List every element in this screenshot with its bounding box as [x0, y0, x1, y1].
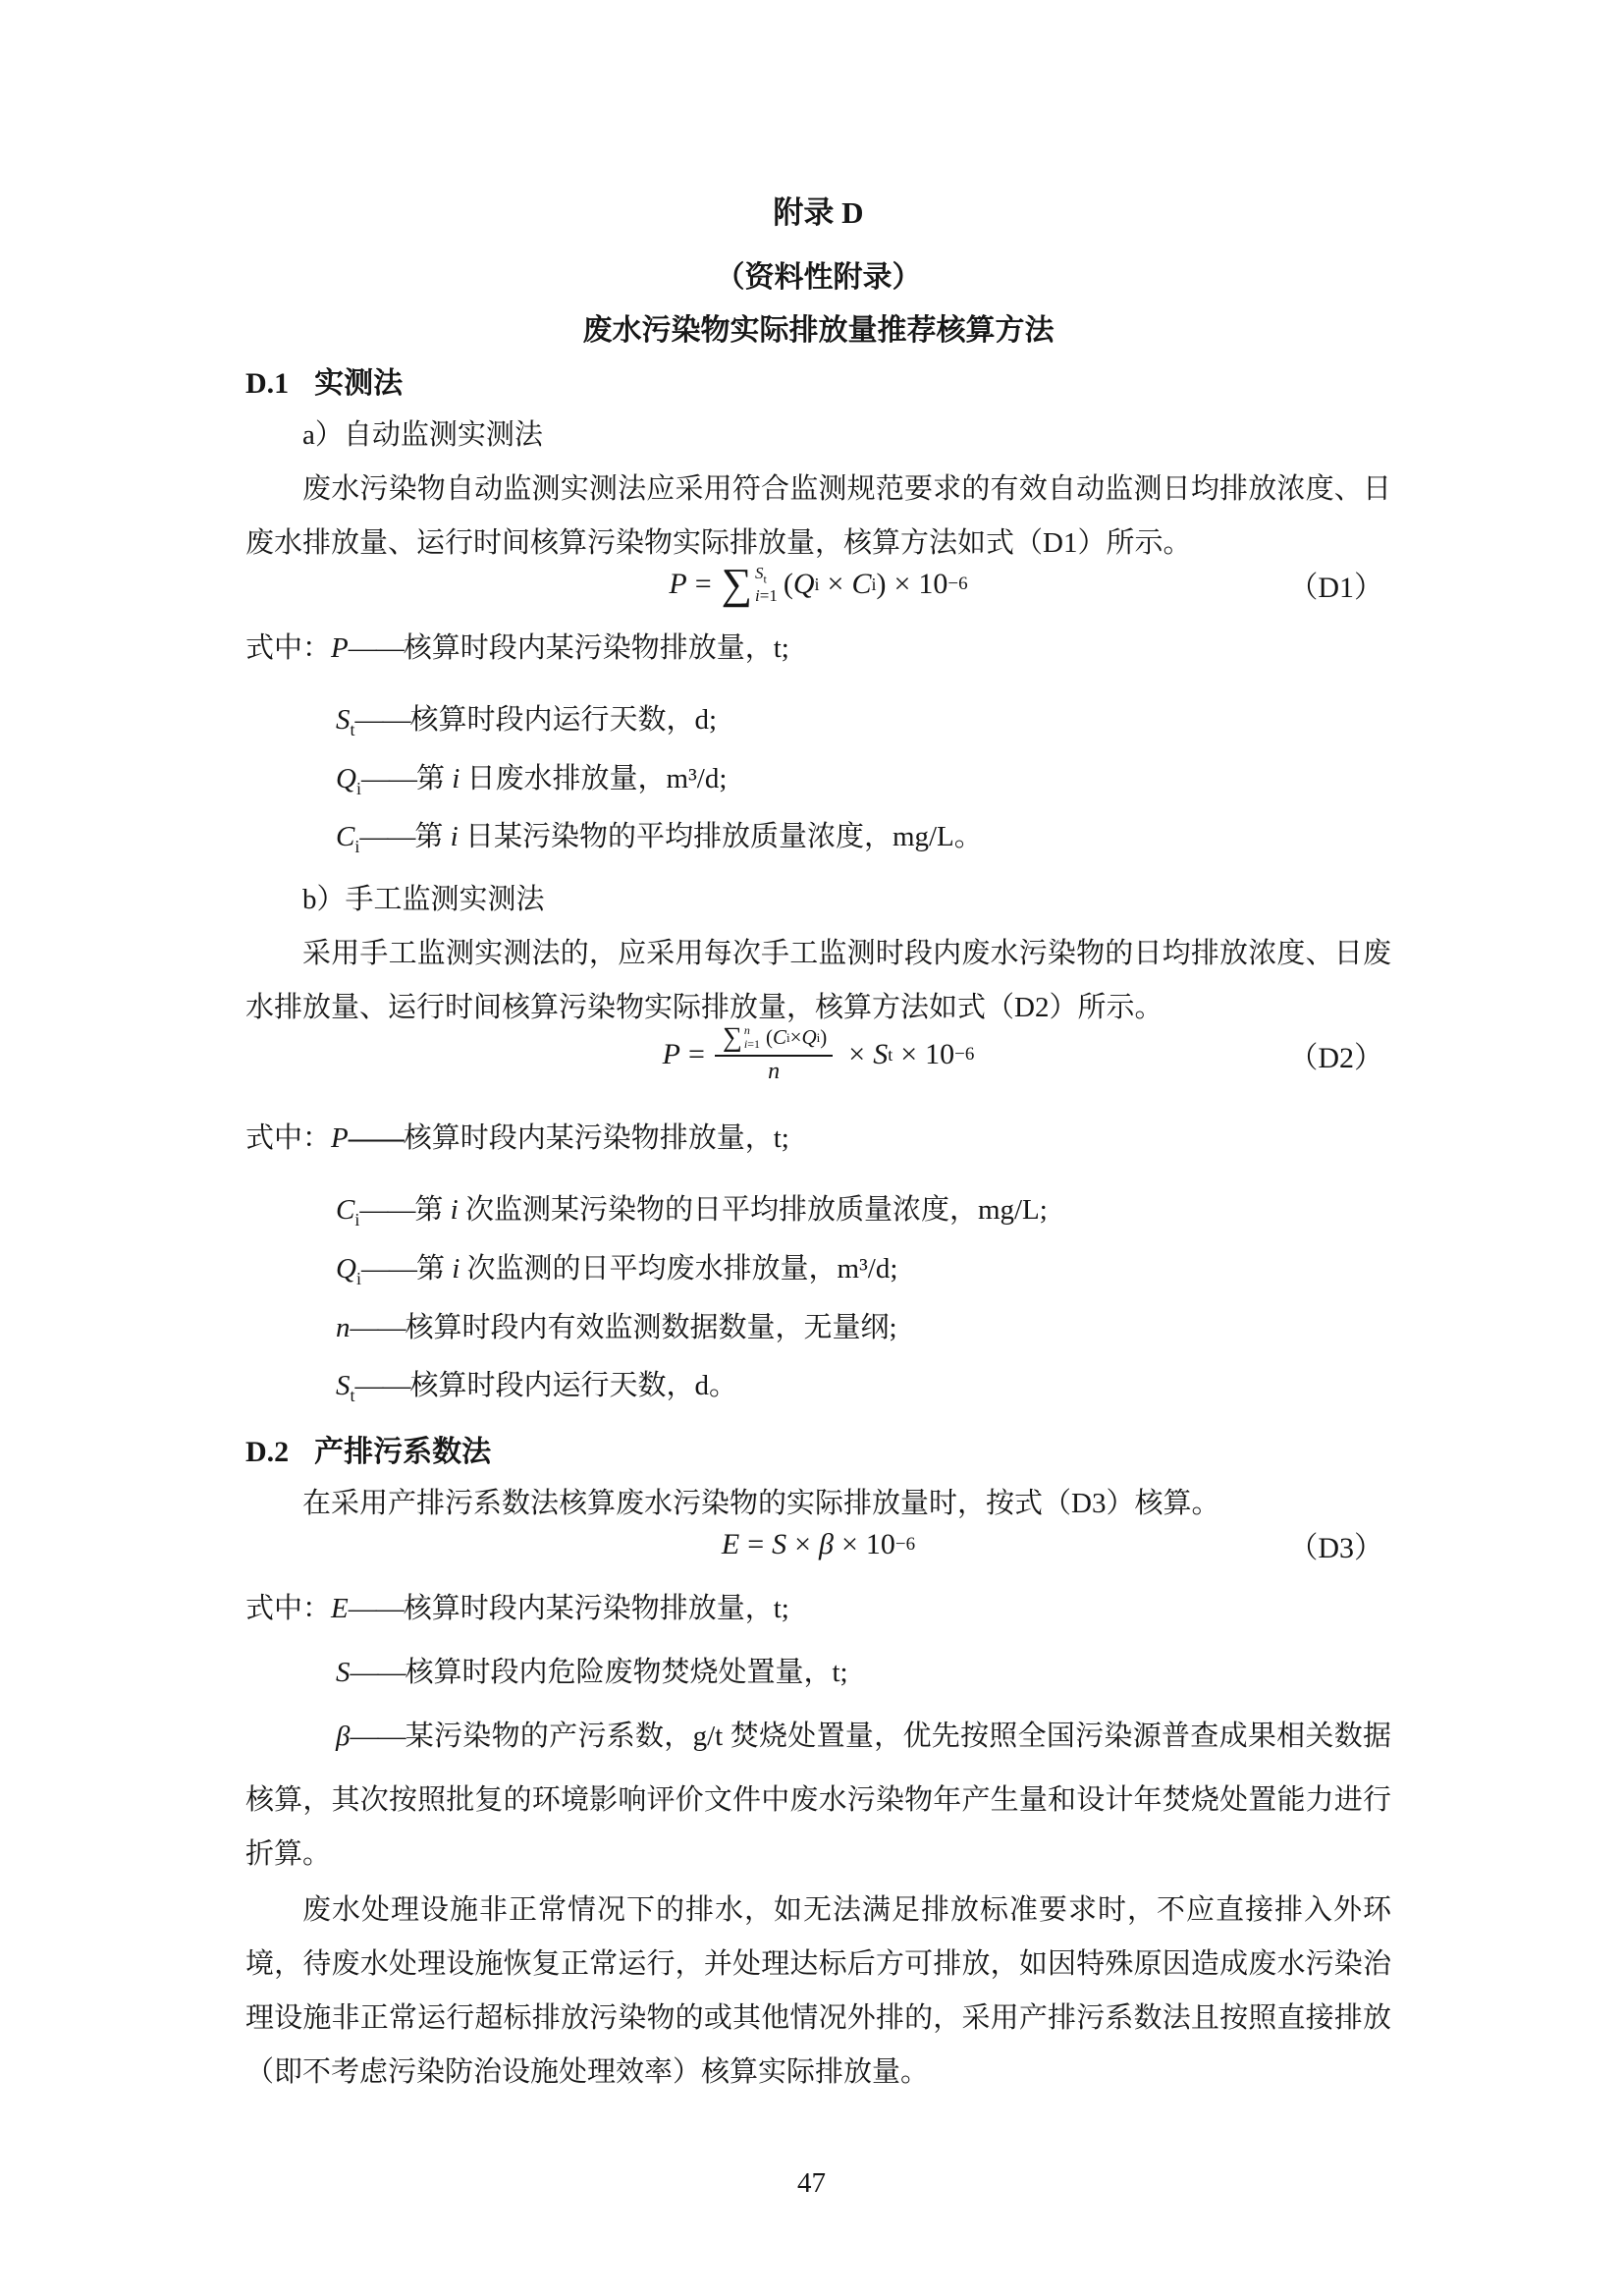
fraction: ∑ n i=1 (Ci×Qi) n	[715, 1024, 833, 1086]
summation-symbol: ∑ St i=1	[722, 563, 778, 606]
document-page: 附录 D （资料性附录） 废水污染物实际排放量推荐核算方法 D.1实测法 a）自…	[0, 0, 1623, 2296]
section-d2-title: 产排污系数法	[314, 1436, 491, 1468]
definition-line: St——核算时段内运行天数，d;	[245, 695, 1391, 754]
formula-d1-label: （D1）	[1288, 563, 1383, 606]
definition-line: Qi——第 i 日废水排放量，m³/d;	[245, 754, 1391, 813]
definition-line: St——核算时段内运行天数，d。	[245, 1361, 1391, 1420]
section-d1-number: D.1	[245, 367, 289, 400]
where-label: 式中：	[245, 632, 331, 664]
appendix-title: 废水污染物实际排放量推荐核算方法	[245, 306, 1391, 355]
formula-d2: P = ∑ n i=1 (Ci×Qi) n × St × 10−	[245, 1006, 1391, 1104]
list-item-a: a）自动监测实测法	[245, 409, 1391, 463]
section-d1-title: 实测法	[314, 367, 403, 400]
paragraph-abnormal-discharge: 废水处理设施非正常情况下的排水，如无法满足排放标准要求时，不应直接排入外环境，待…	[245, 1884, 1391, 2100]
where-clause-d1: 式中：P——核算时段内某污染物排放量，t;	[245, 622, 1391, 685]
appendix-note: （资料性附录）	[245, 253, 1391, 302]
formula-d1-equation: P = ∑ St i=1 (Qi × Ci) × 10−6	[669, 563, 967, 606]
definition-line: Ci——第 i 次监测某污染物的日平均排放质量浓度，mg/L;	[245, 1185, 1391, 1244]
where-label: 式中：	[245, 1593, 331, 1624]
list-item-b: b）手工监测实测法	[245, 873, 1391, 927]
definition-line: Qi——第 i 次监测的日平均废水排放量，m³/d;	[245, 1244, 1391, 1303]
where-clause-d3: 式中：E——核算时段内某污染物排放量，t;	[245, 1582, 1391, 1646]
summation-symbol: ∑ n i=1	[723, 1024, 760, 1052]
where-label: 式中：	[245, 1122, 331, 1154]
definition-line: Ci——第 i 日某污染物的平均排放质量浓度，mg/L。	[245, 812, 1391, 871]
section-d1-heading: D.1实测法	[245, 359, 1391, 409]
definition-line-beta: β——某污染物的产污系数，g/t 焚烧处置量，优先按照全国污染源普查成果相关数据…	[245, 1710, 1391, 1882]
section-d2-number: D.2	[245, 1436, 289, 1468]
definition-line: S——核算时段内危险废物焚烧处置量，t;	[245, 1646, 1391, 1710]
appendix-heading: 附录 D	[245, 189, 1391, 238]
where-clause-d2: 式中：P——核算时段内某污染物排放量，t;	[245, 1112, 1391, 1175]
formula-d1: P = ∑ St i=1 (Qi × Ci) × 10−6 （D1）	[245, 555, 1391, 614]
page-number: 47	[0, 2159, 1623, 2208]
formula-d3: E = S × β × 10−6 （D3）	[245, 1515, 1391, 1574]
formula-d2-label: （D2）	[1288, 1033, 1383, 1076]
formula-d3-equation: E = S × β × 10−6	[722, 1528, 915, 1561]
section-d2-heading: D.2产排污系数法	[245, 1428, 1391, 1477]
formula-d3-label: （D3）	[1288, 1523, 1383, 1566]
definition-line: n——核算时段内有效监测数据数量，无量纲;	[245, 1303, 1391, 1362]
formula-d2-equation: P = ∑ n i=1 (Ci×Qi) n × St × 10−	[663, 1024, 975, 1086]
